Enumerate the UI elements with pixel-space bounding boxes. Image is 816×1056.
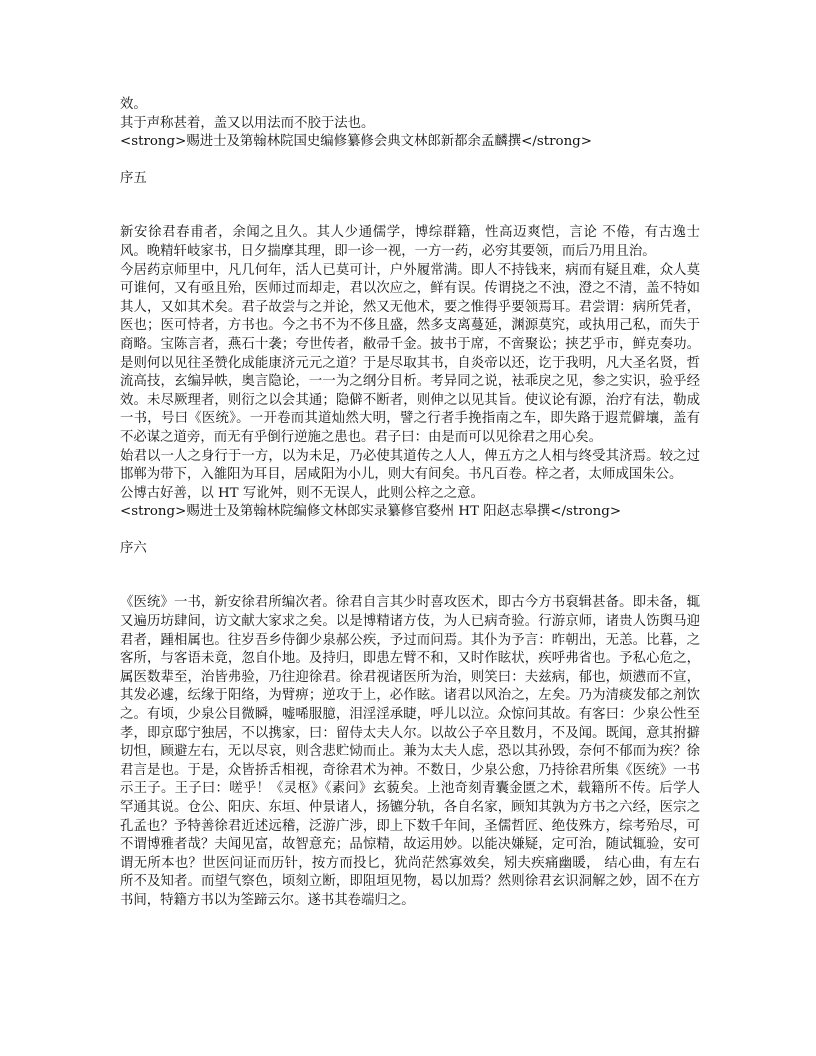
section-heading-preface6: 序六 xyxy=(120,540,700,559)
document-page: 效。 其于声称甚着，盖又以用法而不胶于法也。 <strong>赐进士及第翰林院国… xyxy=(120,96,700,911)
spacer xyxy=(120,188,700,224)
preface5-paragraph-4: 公博古好善，以 HT 写讹舛，则不无误人，此则公梓之之意。 xyxy=(120,485,700,504)
spacer xyxy=(120,522,700,540)
preface5-tail-line-2: 其于声称甚着，盖又以用法而不胶于法也。 xyxy=(120,115,700,134)
preface5-paragraph-1: 新安徐君春甫者，余闻之且久。其人少通儒学，博综群籍，性高迈爽恺，言论 不倦，有古… xyxy=(120,224,700,261)
preface5-paragraph-2: 今居药京师里中，凡几何年，活人已莫可计，户外履常满。即人不持钱来，病而有疑且难，… xyxy=(120,262,700,448)
preface6-paragraph-1: 《医统》一书，新安徐君所编次者。徐君自言其少时喜攻医术，即古今方书裒辑甚备。即未… xyxy=(120,594,700,910)
spacer xyxy=(120,558,700,594)
preface5-paragraph-3: 始君以一人之身行于一方，以为未足，乃必使其道传之人人，俾五方之人相与终受其济焉。… xyxy=(120,448,700,485)
section-heading-preface5: 序五 xyxy=(120,170,700,189)
preface5-author-line: <strong>赐进士及第翰林院编修文林郎实录纂修官婺州 HT 阳赵志皋撰</s… xyxy=(120,503,700,522)
preface5-tail-line-1: 效。 xyxy=(120,96,700,115)
preface5-tail-author-line: <strong>赐进士及第翰林院国史编修纂修会典文林郎新都余孟麟撰</stron… xyxy=(120,133,700,152)
spacer xyxy=(120,152,700,170)
